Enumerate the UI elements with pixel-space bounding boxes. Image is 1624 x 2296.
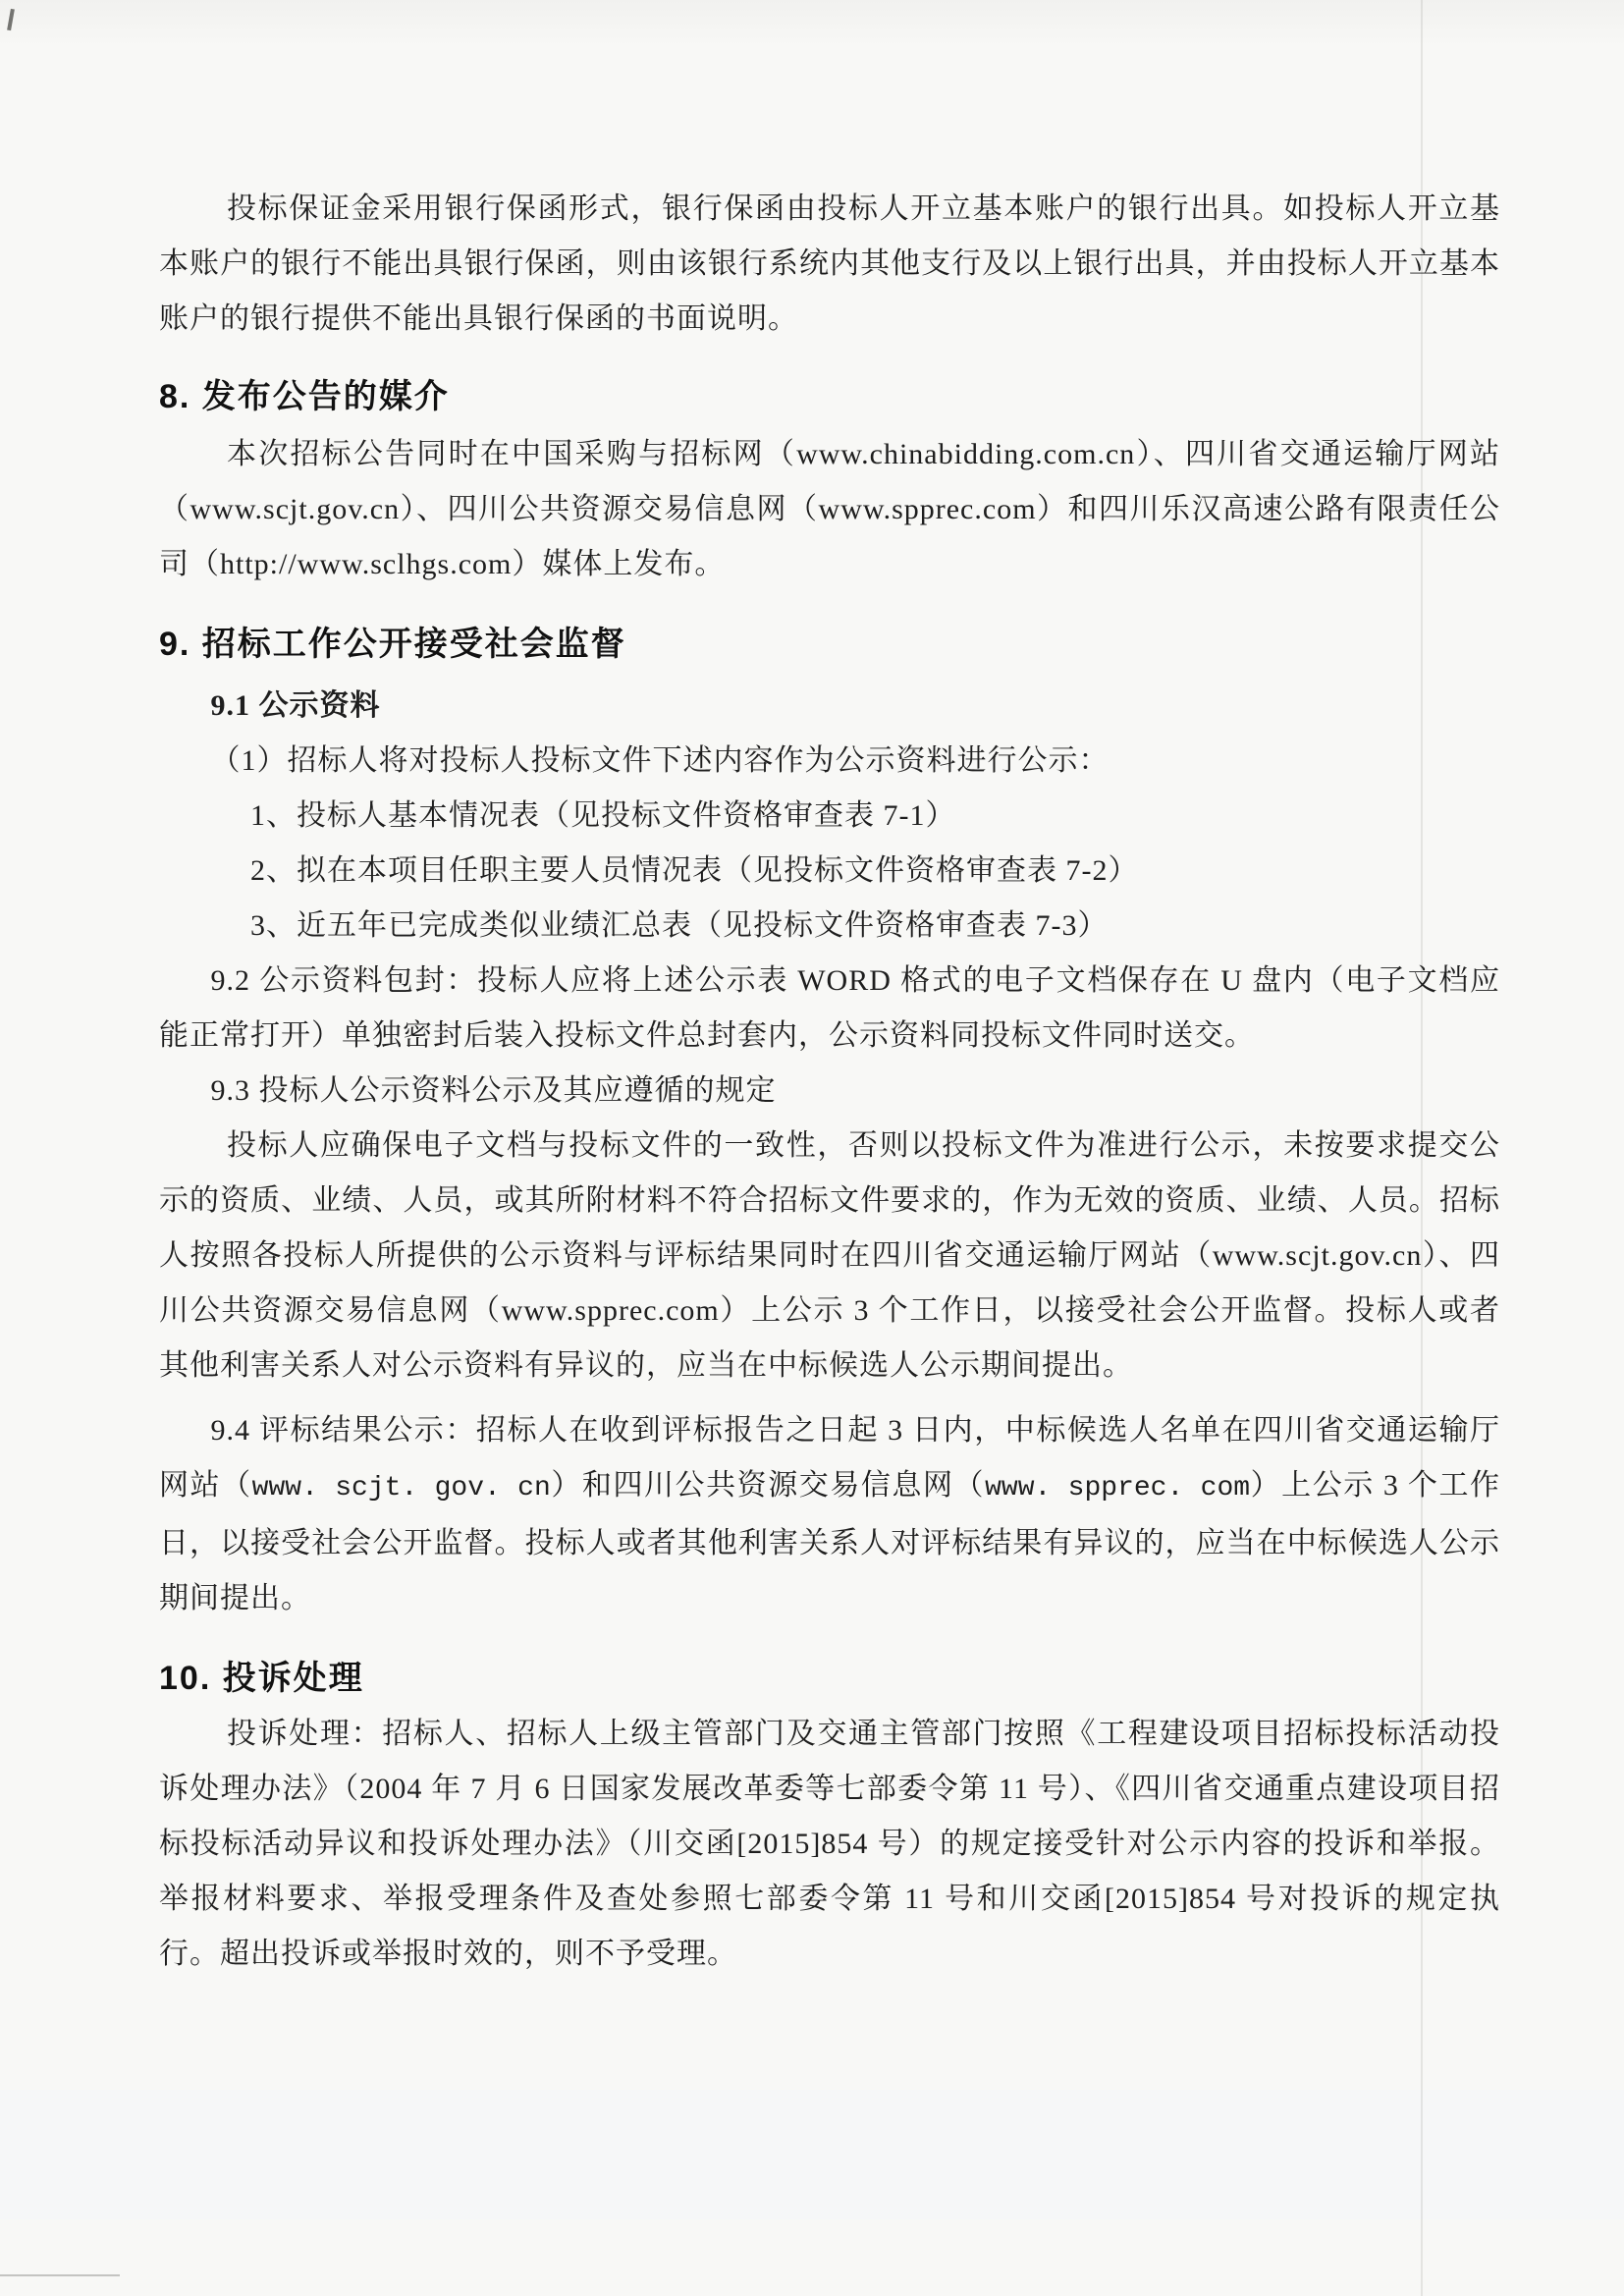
section-10-heading: 10. 投诉处理 [159, 1656, 1500, 1701]
section-9-1-intro: （1）招标人将对投标人投标文件下述内容作为公示资料进行公示： [159, 734, 1500, 789]
list-item: 3、近五年已完成类似业绩汇总表（见投标文件资格审查表 7-3） [159, 899, 1500, 954]
scan-shading-top [0, 0, 1624, 47]
section-9-3-body: 投标人应确保电子文档与投标文件的一致性，否则以投标文件为准进行公示，未按要求提交… [159, 1119, 1500, 1394]
section-9-2-paragraph: 9.2 公示资料包封：投标人应将上述公示表 WORD 格式的电子文档保存在 U … [159, 954, 1500, 1064]
document-content: 投标保证金采用银行保函形式，银行保函由投标人开立基本账户的银行出具。如投标人开立… [159, 182, 1500, 1982]
scan-artifact-bottom-line [0, 2274, 120, 2276]
section-9-heading: 9. 招标工作公开接受社会监督 [159, 622, 1500, 667]
section-9-4-paragraph: 9.4 评标结果公示：招标人在收到评标报告之日起 3 日内，中标候选人名单在四川… [159, 1403, 1500, 1626]
section-10-body: 投诉处理：招标人、招标人上级主管部门及交通主管部门按照《工程建设项目招标投标活动… [159, 1707, 1500, 1982]
section-9-4-text-part: ）和四川公共资源交易信息网（ [551, 1469, 985, 1502]
scan-shading-bottom [0, 2090, 1624, 2219]
section-8-heading: 8. 发布公告的媒介 [159, 374, 1500, 419]
intro-paragraph: 投标保证金采用银行保函形式，银行保函由投标人开立基本账户的银行出具。如投标人开立… [159, 182, 1500, 347]
scan-artifact-corner-mark [7, 9, 15, 30]
section-9-3-subheading: 9.3 投标人公示资料公示及其应遵循的规定 [159, 1064, 1500, 1119]
url-spprec-com: www. spprec. com [985, 1473, 1250, 1503]
scanned-document-page: 投标保证金采用银行保函形式，银行保函由投标人开立基本账户的银行出具。如投标人开立… [0, 0, 1624, 2296]
url-scjt-gov-cn: www. scjt. gov. cn [252, 1473, 551, 1503]
section-8-body: 本次招标公告同时在中国采购与招标网（www.chinabidding.com.c… [159, 427, 1500, 592]
list-item: 1、投标人基本情况表（见投标文件资格审查表 7-1） [159, 789, 1500, 844]
section-9-1-subheading: 9.1 公示资料 [159, 679, 1500, 734]
list-item: 2、拟在本项目任职主要人员情况表（见投标文件资格审查表 7-2） [159, 844, 1500, 899]
